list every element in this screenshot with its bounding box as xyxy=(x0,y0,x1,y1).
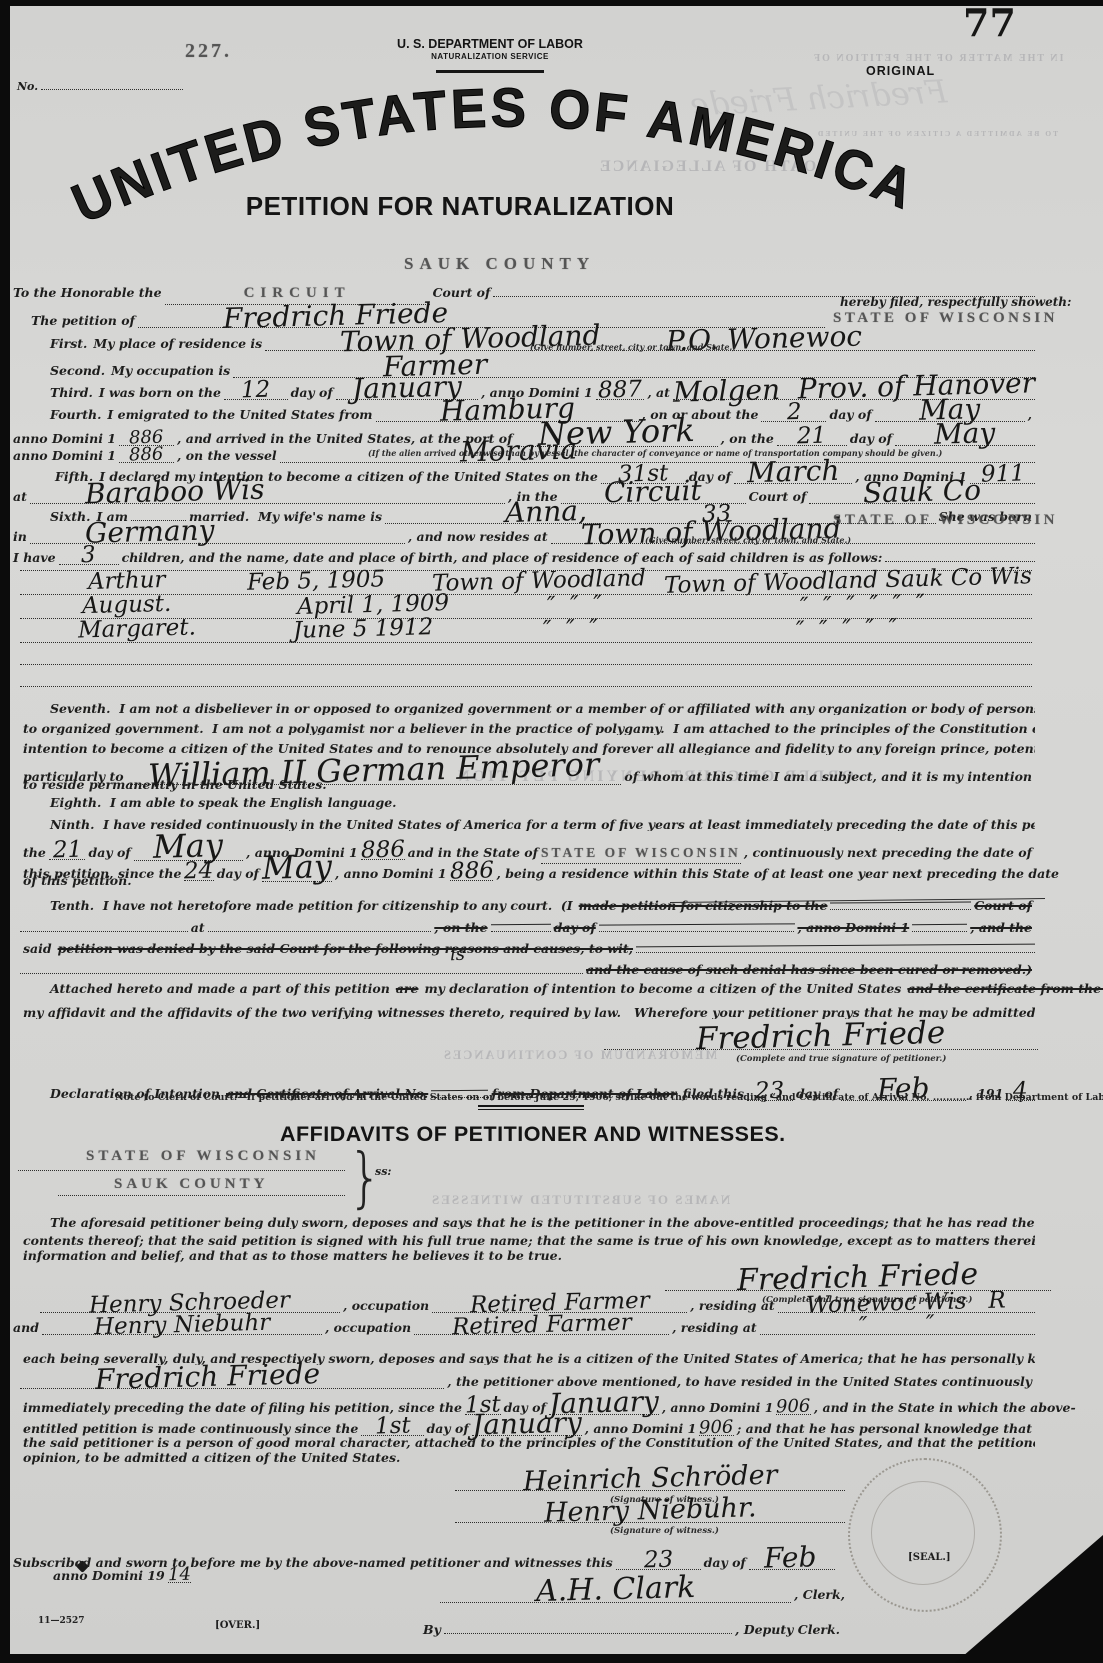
clerk-signature: A.H. Clark xyxy=(536,1576,696,1604)
birth-place-blank: Molgen Prov. of Hanover xyxy=(673,377,1035,400)
ghost-memorandum: MEMORANDUM OF CONTINUANCES xyxy=(442,1048,717,1063)
first-label: First. xyxy=(20,337,90,351)
affidavit-l3-text: information and belief, and that as to t… xyxy=(20,1249,565,1263)
witness-2-residence-blank: ″ ″ xyxy=(760,1316,1035,1335)
child-2-residence: ″ ″ ″ ″ ″ ″ xyxy=(800,594,925,616)
children-trailing-dots xyxy=(885,548,1035,562)
department-label: U. S. DEPARTMENT OF LABOR xyxy=(360,37,620,51)
seventh-line-1: Seventh. I am not a disbeliever in or op… xyxy=(20,698,1035,715)
children-pre: I have xyxy=(10,551,59,565)
sixth-resides-pre: , and now resides at xyxy=(405,530,551,544)
seventh-line-5: to reside permanently in the United Stat… xyxy=(20,778,1035,792)
known-post-text: , the petitioner above mentioned, to hav… xyxy=(444,1375,1035,1389)
children-count-value: 3 xyxy=(81,546,96,565)
attached-pre: Attached hereto and made a part of this … xyxy=(20,982,393,996)
ghost-matter-of-petition: IN THE MATTER OF THE PETITION OF xyxy=(812,53,1063,64)
tenth-anno: , anno Domini 1 xyxy=(794,921,912,935)
venue-state-stamp: STATE OF WISCONSIN xyxy=(86,1148,320,1165)
subscribed-day-value: 23 xyxy=(643,1551,673,1570)
witness-2-and: and xyxy=(10,1321,42,1335)
clerk-signature-blank: A.H. Clark xyxy=(440,1578,791,1603)
moral-l2-text: opinion, to be admitted a citizen of the… xyxy=(20,1451,403,1465)
children-count-blank: 3 xyxy=(59,546,119,565)
witness-1-line: Henry Schroeder , occupation Retired Far… xyxy=(40,1294,1035,1313)
birth-day-value: 12 xyxy=(241,381,271,400)
children-post: children, and the name, date and place o… xyxy=(119,551,886,565)
residence-caption: (Give number, street, city or town, and … xyxy=(530,343,736,351)
moral-l1-text: the said petitioner is a person of good … xyxy=(20,1435,1035,1449)
child-3-residence: ″ ″ ″ ″ ″ xyxy=(796,619,898,640)
child-3-birthplace: ″ ″ ″ xyxy=(543,619,598,639)
venue-line-2 xyxy=(58,1195,345,1196)
witness-signature-2-line: Henry Niebuhr. xyxy=(455,1500,845,1524)
witness-1-residing-label: , residing at xyxy=(687,1299,778,1313)
venue-ss: ss: xyxy=(372,1166,394,1179)
moral-line-1: the said petitioner is a person of good … xyxy=(20,1432,1035,1449)
wife-birthplace-blank: Germany xyxy=(30,521,405,544)
child-3-born: June 5 1912 xyxy=(293,618,434,640)
tenth-l2-blank-3 xyxy=(491,918,551,932)
signature-1-caption: (Complete and true signature of petition… xyxy=(736,1055,946,1064)
child-2-name: August. xyxy=(82,595,172,616)
witness-2-occupation: Retired Farmer xyxy=(452,1314,632,1337)
known-name-value: Fredrich Friede xyxy=(95,1363,321,1391)
state-stamp-middle: STATE OF WISCONSIN xyxy=(833,512,1058,529)
witness-signature-2: Henry Niebuhr. xyxy=(544,1497,757,1524)
witness-2-occupation-blank: Retired Farmer xyxy=(414,1316,669,1335)
clerk-signature-line: A.H. Clark , Clerk, xyxy=(440,1578,848,1604)
tenth-day-of: day of xyxy=(551,921,599,935)
eighth-line: Eighth. I am able to speak the English l… xyxy=(20,796,1035,810)
no-label: No. xyxy=(14,81,41,94)
subscribed-day-blank: 23 xyxy=(616,1551,701,1570)
tenth-and-the: , and the xyxy=(967,921,1035,935)
venue-line-1 xyxy=(18,1170,345,1171)
child-1-born: Feb 5, 1905 xyxy=(247,570,386,592)
child-1-name: Arthur xyxy=(88,571,166,591)
witness-1-residence-blank: Wonewoc Wis R xyxy=(778,1294,1035,1313)
child-1-birthplace: Town of Woodland xyxy=(432,569,646,593)
by-label: By xyxy=(420,1623,444,1637)
deputy-clerk-line: By , Deputy Clerk. xyxy=(420,1620,843,1637)
attached-line-1: Attached hereto and made a part of this … xyxy=(20,982,1035,996)
tenth-line-1: Tenth. I have not heretofore made petiti… xyxy=(20,896,1035,913)
tenth-at: at xyxy=(188,921,208,935)
tenth-l2-blank-5 xyxy=(912,918,967,932)
attached-are: are xyxy=(393,982,422,996)
children-intro-line: I have 3 children, and the name, date an… xyxy=(10,546,1035,565)
moral-line-2: opinion, to be admitted a citizen of the… xyxy=(20,1451,1035,1465)
docket-number-stamp: 227. xyxy=(185,40,232,63)
ninth-line-4: of this petition. xyxy=(20,874,1035,888)
birth-year-blank: 887 xyxy=(596,381,645,400)
birth-day-blank: 12 xyxy=(224,381,288,400)
affidavit-l1-text: The aforesaid petitioner being duly swor… xyxy=(20,1215,1035,1229)
seventh-l1-text: Seventh. I am not a disbeliever in or op… xyxy=(20,701,1035,715)
child-2-birthplace: ″ ″ ″ xyxy=(547,595,602,615)
tenth-l2-blank-2 xyxy=(208,918,432,932)
venue-county-stamp: SAUK COUNTY xyxy=(114,1176,268,1193)
ninth-l4-text: of this petition. xyxy=(20,874,135,888)
wife-birthplace-value: Germany xyxy=(85,519,215,545)
deputy-blank xyxy=(444,1620,732,1634)
witness-signature-2-caption: (Signature of witness.) xyxy=(610,1527,719,1536)
birth-year-value: 887 xyxy=(598,380,642,400)
signature-line-1: Fredrich Friede xyxy=(604,1024,1038,1050)
tenth-line-2: at , on the day of , anno Domini 1 , and… xyxy=(20,918,1035,935)
anno-year-blank: 14 xyxy=(168,1568,191,1583)
tenth-said: said xyxy=(20,942,55,956)
residence-line: First. My place of residence is Town of … xyxy=(20,328,1035,351)
children-blank-line-3 xyxy=(20,686,1032,687)
witness-known-line-2: Fredrich Friede , the petitioner above m… xyxy=(20,1366,1035,1388)
divider-rule-bottom xyxy=(478,1109,584,1110)
signature-1-blank: Fredrich Friede xyxy=(604,1024,1038,1050)
county-stamp: SAUK COUNTY xyxy=(404,254,595,274)
embossed-seal-inner xyxy=(871,1481,975,1585)
child-3-name: Margaret. xyxy=(78,618,196,639)
honorable-pre: To the Honorable the xyxy=(10,286,165,300)
tenth-l1-end: Court of xyxy=(971,899,1035,913)
subscribed-line: Subscribed and sworn to before me by the… xyxy=(10,1547,835,1570)
ghost-substituted-witnesses: NAMES OF SUBSTITUTED WITNESSES xyxy=(430,1192,730,1208)
subscribed-month-blank: Feb xyxy=(749,1547,835,1570)
arched-title: UNITED STATES OF AMERICA xyxy=(55,74,967,264)
tenth-line-3: said petition was denied by the said Cou… xyxy=(20,939,1035,956)
paper-sheet: IN THE MATTER OF THE PETITION OF Fredric… xyxy=(10,6,1103,1654)
affidavit-line-2: contents thereof; that the said petition… xyxy=(20,1230,1035,1247)
tenth-l4-blank xyxy=(20,960,583,974)
eighth-text: Eighth. I am able to speak the English l… xyxy=(20,796,400,810)
tenth-line-4: and the cause of such denial has since b… xyxy=(20,960,1035,977)
petition-document: IN THE MATTER OF THE PETITION OF Fredric… xyxy=(0,0,1103,1663)
child-row-3: Margaret. June 5 1912 ″ ″ ″ ″ ″ ″ ″ ″ xyxy=(20,620,1032,643)
witness-2-residence: ″ ″ xyxy=(859,1315,935,1335)
witness-2-residing-label: , residing at xyxy=(669,1321,760,1335)
child-1-residence: Town of Woodland Sauk Co Wis xyxy=(664,567,1032,595)
seventh-l2-text: to organized government. I am not a poly… xyxy=(20,721,1035,735)
subscribed-month-value: Feb xyxy=(764,1546,817,1570)
clerk-note: Note to Clerk of Court.—If petitioner ar… xyxy=(115,1093,1103,1103)
seventh-l5-text: to reside permanently in the United Stat… xyxy=(20,778,330,792)
tenth-l4-struck: and the cause of such denial has since b… xyxy=(583,963,1035,977)
witness-1-occupation-label: , occupation xyxy=(340,1299,432,1313)
hereby-filed-text: hereby filed, respectfully showeth: xyxy=(840,296,1071,310)
first-pre: My place of residence is xyxy=(90,337,265,351)
clerk-label: , Clerk, xyxy=(791,1588,848,1602)
header-rule xyxy=(436,70,544,73)
witness-signature-1-line: Heinrich Schröder xyxy=(455,1468,845,1493)
petition-pre: The petition of xyxy=(28,314,138,328)
petitioner-signature-1: Fredrich Friede xyxy=(696,1021,946,1052)
child-2-born: April 1, 1909 xyxy=(297,594,450,616)
tenth-l2-blank-1 xyxy=(20,918,188,932)
form-number: 11—2527 xyxy=(38,1617,85,1626)
known-name-blank: Fredrich Friede xyxy=(20,1366,444,1389)
tenth-pre: Tenth. I have not heretofore made petiti… xyxy=(20,899,576,913)
witness-signature-2-blank: Henry Niebuhr. xyxy=(455,1500,845,1523)
anno-domini-line: anno Domini 19 14 xyxy=(50,1568,183,1583)
witness-2-name: Henry Niebuhr xyxy=(94,1314,271,1337)
tenth-l3-struck: petition was denied by the said Court fo… xyxy=(55,942,636,956)
anno-year-value: 14 xyxy=(168,1568,191,1583)
anno-pre: anno Domini 19 xyxy=(50,1569,168,1583)
attached-struck: and the certificate from the Department … xyxy=(904,982,1103,996)
page-number: 77 xyxy=(963,8,1016,38)
state-stamp-top: STATE OF WISCONSIN xyxy=(833,310,1058,327)
over-label: [OVER.] xyxy=(215,1621,260,1631)
vessel-caption: (If the alien arrived otherwise than by … xyxy=(368,449,942,457)
tenth-l3-blank xyxy=(636,939,1035,953)
form-title: PETITION FOR NATURALIZATION xyxy=(240,191,680,222)
divider-rule-top xyxy=(478,1105,584,1107)
witness-1-occupation-blank: Retired Farmer xyxy=(432,1294,687,1313)
witness-signature-1-blank: Heinrich Schröder xyxy=(455,1468,845,1491)
witness-2-occupation-label: , occupation xyxy=(322,1321,414,1335)
witness-1-name-blank: Henry Schroeder xyxy=(40,1294,340,1313)
deputy-label: , Deputy Clerk. xyxy=(732,1623,843,1637)
witness-2-line: and Henry Niebuhr , occupation Retired F… xyxy=(10,1316,1035,1335)
witness-signature-1: Heinrich Schröder xyxy=(522,1465,777,1493)
service-label: NATURALIZATION SERVICE xyxy=(360,52,620,61)
inserted-is: is xyxy=(450,948,465,963)
tenth-on-the: , on the xyxy=(431,921,490,935)
wife-residence-caption: (Give number, street, city or town, and … xyxy=(645,536,851,544)
affidavit-l2-text: contents thereof; that the said petition… xyxy=(20,1233,1035,1247)
sixth-in: in xyxy=(10,530,30,544)
emigration-day-value: 2 xyxy=(786,403,801,422)
children-blank-line-2 xyxy=(20,664,1032,665)
emigrated-line: Fourth. I emigrated to the United States… xyxy=(20,399,1035,422)
witness-2-name-blank: Henry Niebuhr xyxy=(42,1316,322,1335)
affidavit-line-1: The aforesaid petitioner being duly swor… xyxy=(20,1212,1035,1229)
subscribed-day-of: day of xyxy=(701,1556,749,1570)
seventh-line-2: to organized government. I am not a poly… xyxy=(20,718,1035,735)
tenth-l2-blank-4 xyxy=(599,918,795,932)
attached-mid: my declaration of intention to become a … xyxy=(421,982,904,996)
